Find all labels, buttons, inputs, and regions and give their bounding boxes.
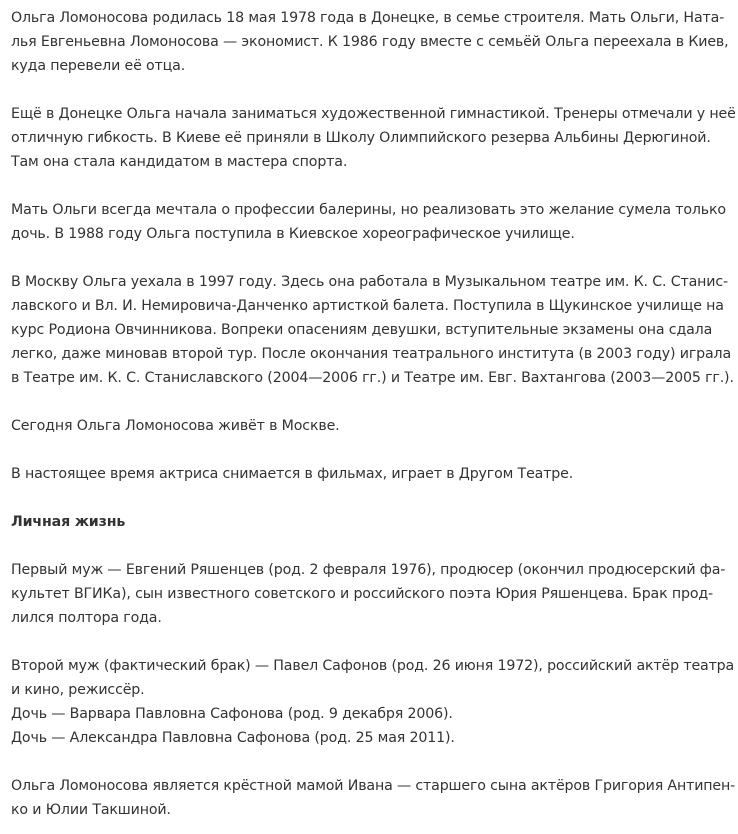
paragraph-gymnastics: Ещё в Донецке Ольга начала заниматься ху… xyxy=(11,102,738,150)
text-line: Ещё в Донецке Ольга начала заниматься ху… xyxy=(11,102,738,126)
text-line: Второй муж (фактический брак) — Павел Са… xyxy=(11,654,738,678)
text-line: курс Родиона Овчинникова. Вопреки опасен… xyxy=(11,318,738,342)
paragraph-today: Сегодня Ольга Ломоносова живёт в Москве. xyxy=(11,414,738,438)
paragraph-first-husband: Первый муж — Евгений Ряшенцев (род. 2 фе… xyxy=(11,558,738,630)
text-line: лья Евгеньевна Ломоносова — экономист. К… xyxy=(11,30,738,54)
text-line: куда перевели её отца. xyxy=(11,54,738,78)
text-line: В Москву Ольга уехала в 1997 году. Здесь… xyxy=(11,270,738,294)
section-heading-personal-life: Личная жизнь xyxy=(11,510,738,534)
text-line: в Театре им. К. С. Станиславского (2004—… xyxy=(11,366,738,390)
text-line: Первый муж — Евгений Ряшенцев (род. 2 фе… xyxy=(11,558,738,582)
paragraph-second-husband: Второй муж (фактический брак) — Павел Са… xyxy=(11,654,738,750)
text-line: культет ВГИКа), сын известного советског… xyxy=(11,582,738,606)
paragraph-sport-candidate: Там она стала кандидатом в мастера спорт… xyxy=(11,150,738,174)
paragraph-moscow: В Москву Ольга уехала в 1997 году. Здесь… xyxy=(11,270,738,390)
text-line: и кино, режиссёр. xyxy=(11,678,738,702)
article-body: Ольга Ломоносова родилась 18 мая 1978 го… xyxy=(0,0,738,822)
text-line: лился полтора года. xyxy=(11,606,738,630)
paragraph-ballet-school: Мать Ольги всегда мечтала о профессии ба… xyxy=(11,198,738,246)
text-line: Дочь — Александра Павловна Сафонова (род… xyxy=(11,726,738,750)
paragraph-spacer xyxy=(11,486,738,510)
paragraph-spacer xyxy=(11,750,738,774)
text-line: Там она стала кандидатом в мастера спорт… xyxy=(11,150,738,174)
text-line: Ольга Ломоносова является крёстной мамой… xyxy=(11,774,738,798)
paragraph-spacer xyxy=(11,438,738,462)
text-line: Ольга Ломоносова родилась 18 мая 1978 го… xyxy=(11,6,738,30)
paragraph-spacer xyxy=(11,78,738,102)
paragraph-spacer xyxy=(11,246,738,270)
text-line: Мать Ольги всегда мечтала о профессии ба… xyxy=(11,198,738,222)
text-line: Сегодня Ольга Ломоносова живёт в Москве. xyxy=(11,414,738,438)
paragraph-spacer xyxy=(11,630,738,654)
text-line: лавского и Вл. И. Немировича-Данченко ар… xyxy=(11,294,738,318)
text-line: ко и Юлии Такшиной. xyxy=(11,798,738,822)
text-line: отличную гибкость. В Киеве её приняли в … xyxy=(11,126,738,150)
text-line: легко, даже миновав второй тур. После ок… xyxy=(11,342,738,366)
paragraph-current-work: В настоящее время актриса снимается в фи… xyxy=(11,462,738,486)
paragraph-birth: Ольга Ломоносова родилась 18 мая 1978 го… xyxy=(11,6,738,78)
paragraph-spacer xyxy=(11,174,738,198)
paragraph-spacer xyxy=(11,390,738,414)
text-line: Дочь — Варвара Павловна Сафонова (род. 9… xyxy=(11,702,738,726)
paragraph-spacer xyxy=(11,534,738,558)
text-line: В настоящее время актриса снимается в фи… xyxy=(11,462,738,486)
heading-text: Личная жизнь xyxy=(11,510,738,534)
paragraph-godmother: Ольга Ломоносова является крёстной мамой… xyxy=(11,774,738,822)
text-line: дочь. В 1988 году Ольга поступила в Киев… xyxy=(11,222,738,246)
